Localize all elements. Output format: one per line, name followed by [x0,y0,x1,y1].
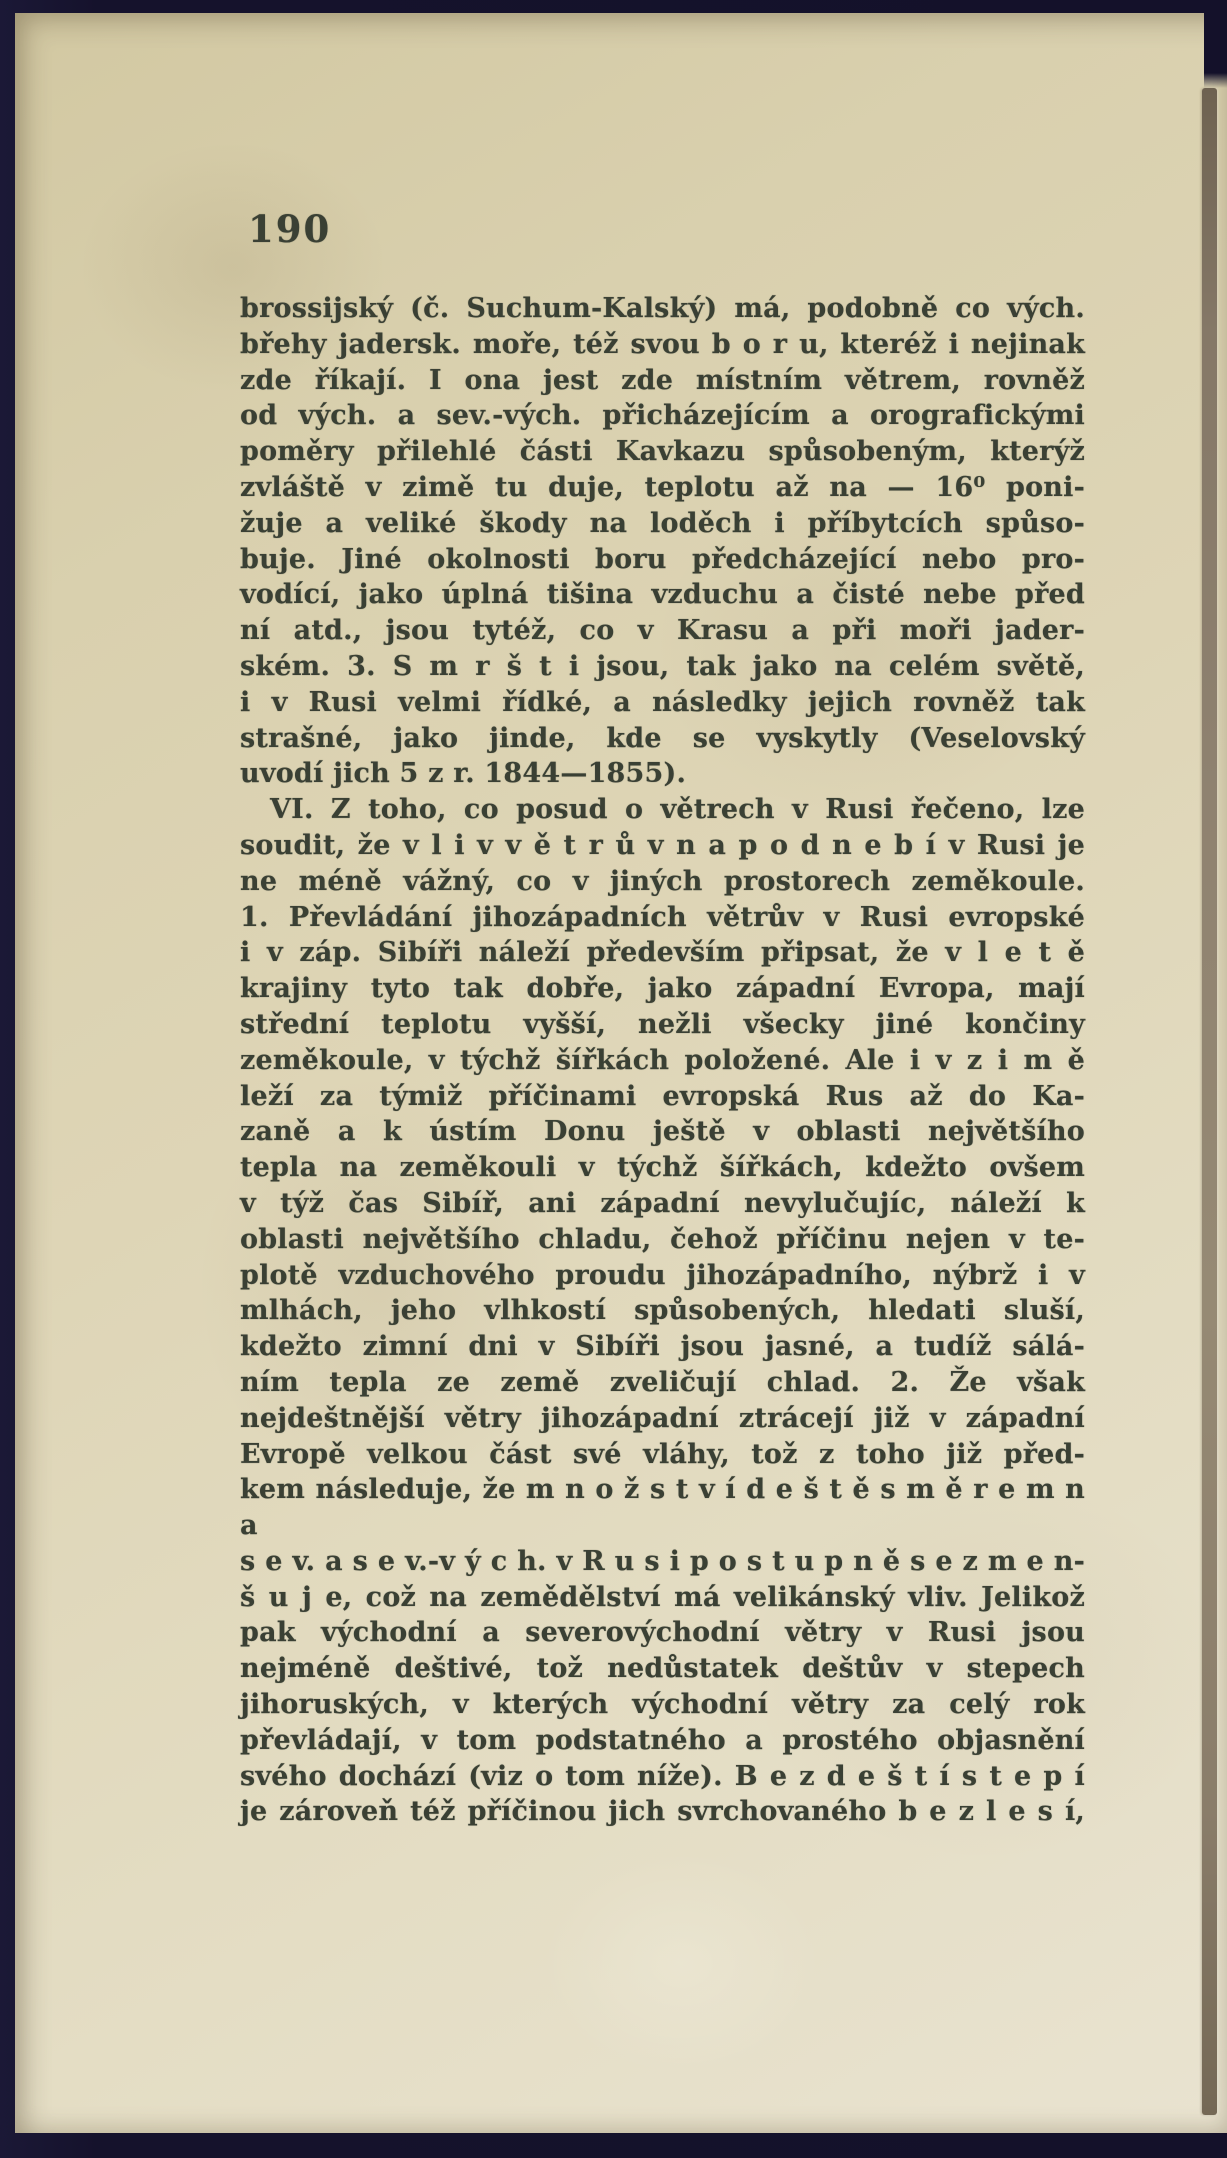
text-line: nejdeštnější větry jihozápadní ztrácejí … [240,1401,1085,1437]
text-line: i v záp. Sibíři náleží především připsat… [240,935,1085,971]
gutter-shadow [1202,88,1217,2115]
text-line: kem následuje, že m n o ž s t v í d e š … [240,1472,1085,1544]
text-line: 1. Převládání jihozápadních větrův v Rus… [240,900,1085,936]
text-line: střední teplotu vyšší, nežli všecky jiné… [240,1007,1085,1043]
top-right-scan-edge [1204,13,1227,88]
text-line: leží za týmiž příčinami evropská Rus až … [240,1079,1085,1115]
text-line: žuje a veliké škody na loděch i příbytcí… [240,506,1085,542]
text-line: ním tepla ze země zveličují chlad. 2. Že… [240,1365,1085,1401]
text-line: kdežto zimní dni v Sibíři jsou jasné, a … [240,1329,1085,1365]
text-line: brossijský (č. Suchum-Kalský) má, podobn… [240,291,1085,327]
paper-sheet: 190 brossijský (č. Suchum-Kalský) má, po… [15,13,1227,2133]
text-line: poměry přilehlé části Kavkazu spůsobeným… [240,434,1085,470]
text-line: převládají, v tom podstatného a prostého… [240,1723,1085,1759]
text-line: š u j e, což na zemědělství má velikánsk… [240,1580,1085,1616]
text-line: zaně a k ústím Donu ještě v oblasti nejv… [240,1114,1085,1150]
body-text: brossijský (č. Suchum-Kalský) má, podobn… [240,291,1085,1830]
text-line: v týž čas Sibíř, ani západní nevylučujíc… [240,1186,1085,1222]
text-line: břehy jadersk. moře, též svou b o r u, k… [240,327,1085,363]
text-line: tepla na zeměkouli v týchž šířkách, kdež… [240,1150,1085,1186]
text-line: zeměkoule, v týchž šířkách položené. Ale… [240,1043,1085,1079]
text-line: jihoruských, v kterých východní větry za… [240,1687,1085,1723]
text-line: ském. 3. S m r š t i jsou, tak jako na c… [240,649,1085,685]
text-line: zde říkají. I ona jest zde místním větre… [240,363,1085,399]
text-line: krajiny tyto tak dobře, jako západní Evr… [240,971,1085,1007]
text-line: uvodí jich 5 z r. 1844—1855). [240,756,1085,792]
text-line: oblasti největšího chladu, čehož příčinu… [240,1222,1085,1258]
text-line: soudit, že v l i v v ě t r ů v n a p o d… [240,828,1085,864]
text-line: nejméně deštivé, tož nedůstatek deštův v… [240,1651,1085,1687]
text-line: pak východní a severovýchodní větry v Ru… [240,1615,1085,1651]
text-line: strašné, jako jinde, kde se vyskytly (Ve… [240,721,1085,757]
text-line: vodící, jako úplná tišina vzduchu a čist… [240,577,1085,613]
text-line: s e v. a s e v.-v ý c h. v R u s i p o s… [240,1544,1085,1580]
text-line: zvláště v zimě tu duje, teplotu až na — … [240,470,1085,506]
text-line: buje. Jiné okolnosti boru předcházející … [240,542,1085,578]
text-line: mlhách, jeho vlhkostí spůsobených, hleda… [240,1293,1085,1329]
text-line: plotě vzduchového proudu jihozápadního, … [240,1258,1085,1294]
text-line: svého dochází (viz o tom níže). B e z d … [240,1759,1085,1795]
text-line: Evropě velkou část své vláhy, tož z toho… [240,1437,1085,1473]
text-line: ne méně vážný, co v jiných prostorech ze… [240,864,1085,900]
page-number: 190 [248,207,331,251]
scanned-book-page: 190 brossijský (č. Suchum-Kalský) má, po… [0,0,1227,2158]
text-line: je zároveň též příčinou jich svrchovanéh… [240,1794,1085,1830]
text-line: od vých. a sev.-vých. přicházejícím a or… [240,398,1085,434]
text-line: ní atd., jsou tytéž, co v Krasu a při mo… [240,613,1085,649]
text-line: VI. Z toho, co posud o větrech v Rusi ře… [240,792,1085,828]
text-line: i v Rusi velmi řídké, a následky jejich … [240,685,1085,721]
